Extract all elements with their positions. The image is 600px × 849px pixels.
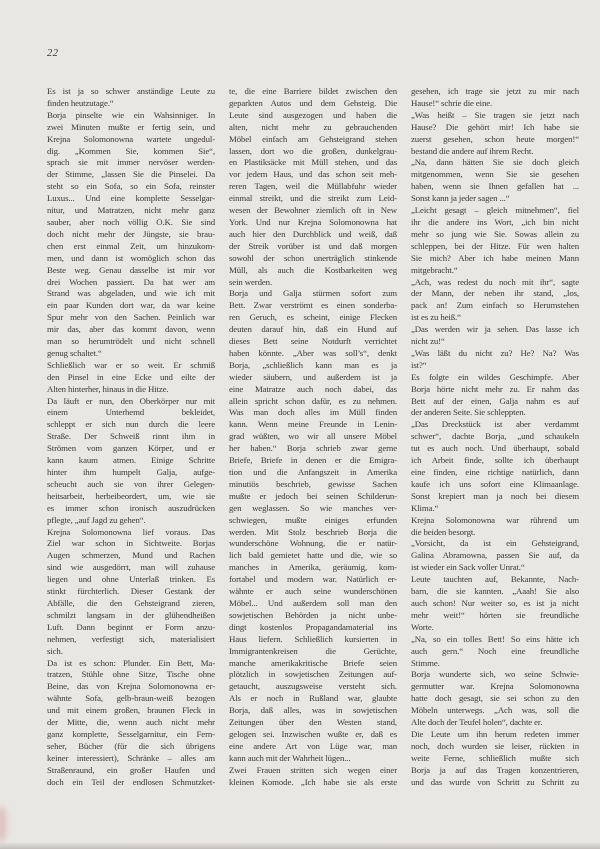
text-line: Alten hinterher, hinaus in die Hitze. xyxy=(47,384,215,396)
text-line: te, die eine Barriere bildet zwischen de… xyxy=(229,86,397,98)
text-line: Straße. Der Schweiß rinnt ihm in xyxy=(47,431,215,443)
text-line: vor jedem Haus, und das schon seit meh- xyxy=(229,169,397,181)
text-line: sowjetischen Behörden ja nicht unbe- xyxy=(229,610,397,622)
text-line: Abfälle, die den Gehsteigrand zieren, xyxy=(47,598,215,610)
text-line: der anderen Seite. Sie schleppten. xyxy=(411,407,579,419)
text-line: Galina Abramowna, passen Sie auf, da xyxy=(411,550,579,562)
text-line: gelogen sei. Inzwischen wußte er, daß es xyxy=(229,729,397,741)
text-line: Sonst krepiert man ja noch bei diesem xyxy=(411,491,579,503)
text-line: Spur mehr von den Sachen. Peinlich war xyxy=(47,312,215,324)
text-line: „Leicht gesagt – gleich mitnehmen“, fiel xyxy=(411,205,579,217)
text-line: Als er noch in Rußland war, glaubte xyxy=(229,693,397,705)
text-line: gen weglassen. So wie manches ver- xyxy=(229,503,397,515)
text-line: kann kaum atmen. Einige Schritte xyxy=(47,455,215,467)
text-line: werden. Mit Stolz beschrieb Borja die xyxy=(229,527,397,539)
text-line: Möbel... Und außerdem soll man den xyxy=(229,598,397,610)
text-line: gesehen, ich trage sie jetzt zu mir nach xyxy=(411,86,579,98)
text-line: eine Matratze auch noch dabei, das xyxy=(229,384,397,396)
text-line: ein paar Kunden dort war, da war keine xyxy=(47,300,215,312)
text-line: alten, nicht mehr zu gebrauchenden xyxy=(229,122,397,134)
text-line: Borja hörte nicht mehr zu. Er nahm das xyxy=(411,384,579,396)
text-line: haben könnte. „Aber was soll’s“, denkt xyxy=(229,348,397,360)
text-line: finden heutzutage.“ xyxy=(47,98,215,110)
text-line: Borja, „schließlich kann man es ja xyxy=(229,360,397,372)
text-line: Möbeln unterwegs. „Ach was, soll die xyxy=(411,705,579,717)
text-line: sprach sie mit immer nervöser werden- xyxy=(47,157,215,169)
text-line: kaufe ich uns sofort eine Klimaanlage. xyxy=(411,479,579,491)
text-line: Leute tauchten auf, Bekannte, Nach- xyxy=(411,574,579,586)
text-line: tratzen, Stühle ohne Sitze, Tische ohne xyxy=(47,669,215,681)
text-line: Schließlich war er so weit. Er schmiß xyxy=(47,360,215,372)
text-line: sich. xyxy=(47,646,215,658)
text-line: Was man doch alles im Müll finden xyxy=(229,407,397,419)
text-line: wunderschöne Wohnung, die er natür- xyxy=(229,538,397,550)
text-line: Krejna Solomonowna war rührend um xyxy=(411,515,579,527)
text-line: tion und die Anfangszeit in Amerika xyxy=(229,467,397,479)
text-line: pack an! Zum einfach so Herumstehen xyxy=(411,300,579,312)
text-line: Beste weg. Genau dasselbe ist mir vor xyxy=(47,265,215,277)
text-line: manches in Amerika, geräumig, kom- xyxy=(229,562,397,574)
page-number: 22 xyxy=(47,48,59,59)
text-line: mir das, aber das kommt davon, wenn xyxy=(47,324,215,336)
text-columns: Es ist ja so schwer anständige Leute zuf… xyxy=(47,86,579,788)
text-line: der Mann, der neben ihr stand, „los, xyxy=(411,288,579,300)
text-line: ist wieder ein Sack voller Unrat.“ xyxy=(411,562,579,574)
text-line: und mit einem großen, braunen Fleck in xyxy=(47,705,215,717)
text-line: schleppt er sich nun durch die leere xyxy=(47,419,215,431)
text-line: Haus liefern. Schließlich kursierten in xyxy=(229,634,397,646)
text-line: wesen der Bewohner ziemlich oft in New xyxy=(229,205,397,217)
text-line: wieder säubern, und außerdem ist ja xyxy=(229,372,397,384)
text-line: auch hier den Durchblick und weiß, daß xyxy=(229,229,397,241)
text-line: einmal streikt, und die streikt zum Leid… xyxy=(229,193,397,205)
text-line: Stimme. xyxy=(411,658,579,670)
text-line: Bett auf der einen, Galja nahm es auf xyxy=(411,396,579,408)
text-line: barn, die sie kannten. „Aaah! Sie also xyxy=(411,586,579,598)
text-line: bestand die andere auf ihrem Recht. xyxy=(411,146,579,158)
text-line: „Ach, was redest du noch mit ihr“, sagte xyxy=(411,277,579,289)
text-line: seher, Bücher (für die sich übrigens xyxy=(47,741,215,753)
text-line: Sonst kann ja jeder sagen ...“ xyxy=(411,193,579,205)
text-line: drei Wochen passiert. Da hat wer am xyxy=(47,277,215,289)
text-line: „Na, dann hätten Sie sie doch gleich xyxy=(411,157,579,169)
text-line: kann auch mit der Wahrheit lügen... xyxy=(229,753,397,765)
text-line: getaucht, auszugsweise versteht sich. xyxy=(229,681,397,693)
text-line: eine finden, eine richtige natürlich, da… xyxy=(411,467,579,479)
text-line: Sie mich? Aber ich habe meinen Mann xyxy=(411,253,579,265)
text-line: geparkten Autos und dem Gehsteig. Die xyxy=(229,98,397,110)
text-line: der Streik vorüber ist und daß morgen xyxy=(229,241,397,253)
text-line: plötzlich in sowjetischen Zeitungen auf- xyxy=(229,669,397,681)
text-line: doch nicht mehr der Jüngste, sie brau- xyxy=(47,229,215,241)
text-line: grad wüßten, wo wir all unsere Möbel xyxy=(229,431,397,443)
text-line: pflegte, „auf Jagd zu gehen“. xyxy=(47,515,215,527)
text-line: Luxus... Und eine komplette Sesselgar- xyxy=(47,193,215,205)
text-line: reren Tagen, weil die Müllabfuhr wieder xyxy=(229,181,397,193)
text-line: liegen und ohne Unterlaß trinken. Es xyxy=(47,574,215,586)
text-line: Straßenraund, ein großer Haufen und xyxy=(47,765,215,777)
text-line: den Pinsel in eine Ecke und eilte der xyxy=(47,372,215,384)
text-line: ich Arbeit finde, sollte ich überhaupt xyxy=(411,455,579,467)
text-line: Es ist ja so schwer anständige Leute zu xyxy=(47,86,215,98)
text-line: mitgenommen, wenn Sie sie gesehen xyxy=(411,169,579,181)
text-line: lich bald gemietet hatte und die, wie so xyxy=(229,550,397,562)
text-line: schwer“, dachte Borja, „und schaukeln xyxy=(411,431,579,443)
text-line: der Mitte, die, wenn auch nicht mehr xyxy=(47,717,215,729)
text-line: mußte er jedoch bei seinen Schilderun- xyxy=(229,491,397,503)
text-line: germutter war. Krejna Solomonowna xyxy=(411,681,579,693)
text-line: schleppen, bei der Hitze. Für wen halten xyxy=(411,241,579,253)
text-line: Krejna Solomonowna wartete ungedul- xyxy=(47,134,215,146)
text-line: dingt kostenlos Propagandamaterial ins xyxy=(229,622,397,634)
text-line: Strand was abgeladen, und wie ich mit xyxy=(47,288,215,300)
text-column-2: te, die eine Barriere bildet zwischen de… xyxy=(229,86,397,788)
text-line: tut es auch noch. Und überhaupt, sobald xyxy=(411,443,579,455)
text-line: Krejna Solomonowna lief voraus. Das xyxy=(47,527,215,539)
text-line: Beine, das von Krejna Solomonowna er- xyxy=(47,681,215,693)
text-line: ist?“ xyxy=(411,360,579,372)
text-line: nicht zu!“ xyxy=(411,336,579,348)
text-line: mitgebracht.“ xyxy=(411,265,579,277)
text-line: stinkt fürchterlich. Dieser Gestank der xyxy=(47,586,215,598)
text-line: es immer schon ironisch auszudrücken xyxy=(47,503,215,515)
text-line: Immigrantenkreisen die Gerüchte, xyxy=(229,646,397,658)
text-line: ganz komplette, Sesselgarnitur, ein Fern… xyxy=(47,729,215,741)
text-line: schwiegen, mußte einiges erfunden xyxy=(229,515,397,527)
text-line: Alte doch der Teufel holen“, dachte er. xyxy=(411,717,579,729)
text-line: genug schaltet.“ xyxy=(47,348,215,360)
text-line: ihr die andere ins Wort, „ich bin nicht xyxy=(411,217,579,229)
text-line: Zwei Frauen stritten sich wegen einer xyxy=(229,765,397,777)
text-line: kann. Wenn meine Freunde in Lenin- xyxy=(229,419,397,431)
text-line: fortabel und modern war. Natürlich er- xyxy=(229,574,397,586)
text-line: Borja ja auf das Tragen konzentrieren, xyxy=(411,765,579,777)
text-line: nitur, und Matratzen, nicht mehr ganz xyxy=(47,205,215,217)
text-column-3: gesehen, ich trage sie jetzt zu mir nach… xyxy=(411,86,579,788)
text-line: noch, doch wurden sie leiser, rückten in xyxy=(411,741,579,753)
text-line: scheucht auch sie von ihrer Gelegen- xyxy=(47,479,215,491)
text-line: Borja pinselte wie ein Wahsinniger. In xyxy=(47,110,215,122)
text-line: hatte doch gesagt, sie sei schon zu den xyxy=(411,693,579,705)
text-line: nehmen, verfestigt sich, materialisiert xyxy=(47,634,215,646)
text-line: minutiös beschrieb, gewisse Sachen xyxy=(229,479,397,491)
text-line: „Was läßt du nicht zu? He? Na? Was xyxy=(411,348,579,360)
text-line: eine andere Art von Lüge war, man xyxy=(229,741,397,753)
text-line: her haben.“ Borja schrieb zwar gerne xyxy=(229,443,397,455)
book-page: 22 Es ist ja so schwer anständige Leute … xyxy=(0,0,600,849)
text-line: ren Geruch, es scheint, einige Flecken xyxy=(229,312,397,324)
text-line: zwei Minuten mußte er fertig sein, und xyxy=(47,122,215,134)
text-line: Ziel war schon in Sichtweite. Borjas xyxy=(47,538,215,550)
text-line: steht so ein Sofa, so ein Sofa, reinster xyxy=(47,181,215,193)
text-line: „Das werden wir ja sehen. Das lasse ich xyxy=(411,324,579,336)
text-line: Es folgte ein wildes Geschimpfe. Aber xyxy=(411,372,579,384)
text-line: Augen schmerzen, Mund und Rachen xyxy=(47,550,215,562)
text-line: und das wurde von Schritt zu Schritt zu xyxy=(411,777,579,789)
text-line: Borja, daß alles, was in sowjetischen xyxy=(229,705,397,717)
text-line: sind wie ausgedörrt, man will zuhause xyxy=(47,562,215,574)
text-line: auch schon! Nur weiter so, es ist ja nic… xyxy=(411,598,579,610)
text-line: schmilzt langsam in der glühendheißen xyxy=(47,610,215,622)
text-line: haben, wenn sie Ihnen gefallen hat ... xyxy=(411,181,579,193)
text-line: man so herumtrödelt und nicht schnell xyxy=(47,336,215,348)
text-line: deuten darauf hin, daß ein Hund auf xyxy=(229,324,397,336)
text-line: Bett. Zwar verströmt es einen sonderba- xyxy=(229,300,397,312)
text-line: kleinen Komode. „Ich habe sie als erste xyxy=(229,777,397,789)
text-line: „Was heißt – Sie tragen sie jetzt nach xyxy=(411,110,579,122)
text-line: Zeitungen über den Westen stand, xyxy=(229,717,397,729)
text-line: Briefe, Briefe in denen er die Emigra- xyxy=(229,455,397,467)
text-line: einem Unterhemd bekleidet, xyxy=(47,407,215,419)
text-line: der Stimme, „lassen Sie die Pinselei. Da xyxy=(47,169,215,181)
text-line: sein werden. xyxy=(229,277,397,289)
text-line: mehr weit!“ hörten sie freundliche xyxy=(411,610,579,622)
text-line: die beiden besorgt. xyxy=(411,527,579,539)
text-line: Borja wunderte sich, wo seine Schwie- xyxy=(411,669,579,681)
text-line: Klima.“ xyxy=(411,503,579,515)
text-line: manche amerikakritische Briefe seien xyxy=(229,658,397,670)
text-line: auch gern.“ Noch eine freundliche xyxy=(411,646,579,658)
text-column-1: Es ist ja so schwer anständige Leute zuf… xyxy=(47,86,215,788)
text-line: ist es zu heiß.“ xyxy=(411,312,579,324)
text-line: sowohl der schon unerträglich stinkende xyxy=(229,253,397,265)
text-line: Möbel einfach am Gehsteigrand stehen xyxy=(229,134,397,146)
text-line: sauber, aber noch völlig O.K. Sie sind xyxy=(47,217,215,229)
text-line: wähnte er auch seine wunderschönen xyxy=(229,586,397,598)
text-line: doch ein Teil der endlosen Schmutzket- xyxy=(47,777,215,789)
text-line: Hause? Die gehört mir! Ich habe sie xyxy=(411,122,579,134)
text-line: „Na, so ein tolles Bett! So eins hätte i… xyxy=(411,634,579,646)
text-line: York. Und nur Krejna Solomonowna hat xyxy=(229,217,397,229)
text-line: Borja und Galja stürmen sofort zum xyxy=(229,288,397,300)
text-line: chen erst einmal Zeit, um hinzukom- xyxy=(47,241,215,253)
text-line: Strömen vom ganzen Körper, und er xyxy=(47,443,215,455)
text-line: Hause!“ schrie die eine. xyxy=(411,98,579,110)
text-line: zuerst gesehen, schon heute morgen!“ xyxy=(411,134,579,146)
text-line: mehr so jung wie Sie. Sowas allein zu xyxy=(411,229,579,241)
text-line: Da läuft er nun, den Oberkörper nur mit xyxy=(47,396,215,408)
text-line: men, und dann ist womöglich schon das xyxy=(47,253,215,265)
text-line: allein spricht schon dafür, es zu nehmen… xyxy=(229,396,397,408)
scan-smudge xyxy=(0,806,7,842)
text-line: keiner interessiert), Schränke – alles a… xyxy=(47,753,215,765)
text-line: heitsarbeit, herbeibeordert, um, wie sie xyxy=(47,491,215,503)
text-line: wähnte Sofa, gelb-braun-weiß bezogen xyxy=(47,693,215,705)
text-line: Die Leute um ihn herum redeten immer xyxy=(411,729,579,741)
text-line: Müll, als auch die Kostbarkeiten weg xyxy=(229,265,397,277)
text-line: „Das Dreckstück ist aber verdammt xyxy=(411,419,579,431)
text-line: dig. „Kommen Sie, kommen Sie“, xyxy=(47,146,215,158)
text-line: Leute sind ausgezogen und haben die xyxy=(229,110,397,122)
text-line: lassen, dort wo die großen, dunkelgrau- xyxy=(229,146,397,158)
text-line: Da ist es schon: Plunder. Ein Bett, Ma- xyxy=(47,658,215,670)
text-line: en Plastiksäcke mit Müll stehen, und das xyxy=(229,157,397,169)
text-line: „Vorsicht, da ist ein Gehsteigrand, xyxy=(411,538,579,550)
page-bottom-shadow xyxy=(0,842,600,849)
text-line: Luft. Dann beginnt er Form anzu- xyxy=(47,622,215,634)
text-line: weite Ferne, schließlich mußte sich xyxy=(411,753,579,765)
text-line: hinter ihm humpelt Galja, aufge- xyxy=(47,467,215,479)
text-line: dieses Bett seine Notdurft verrichtet xyxy=(229,336,397,348)
text-line: Worte. xyxy=(411,622,579,634)
